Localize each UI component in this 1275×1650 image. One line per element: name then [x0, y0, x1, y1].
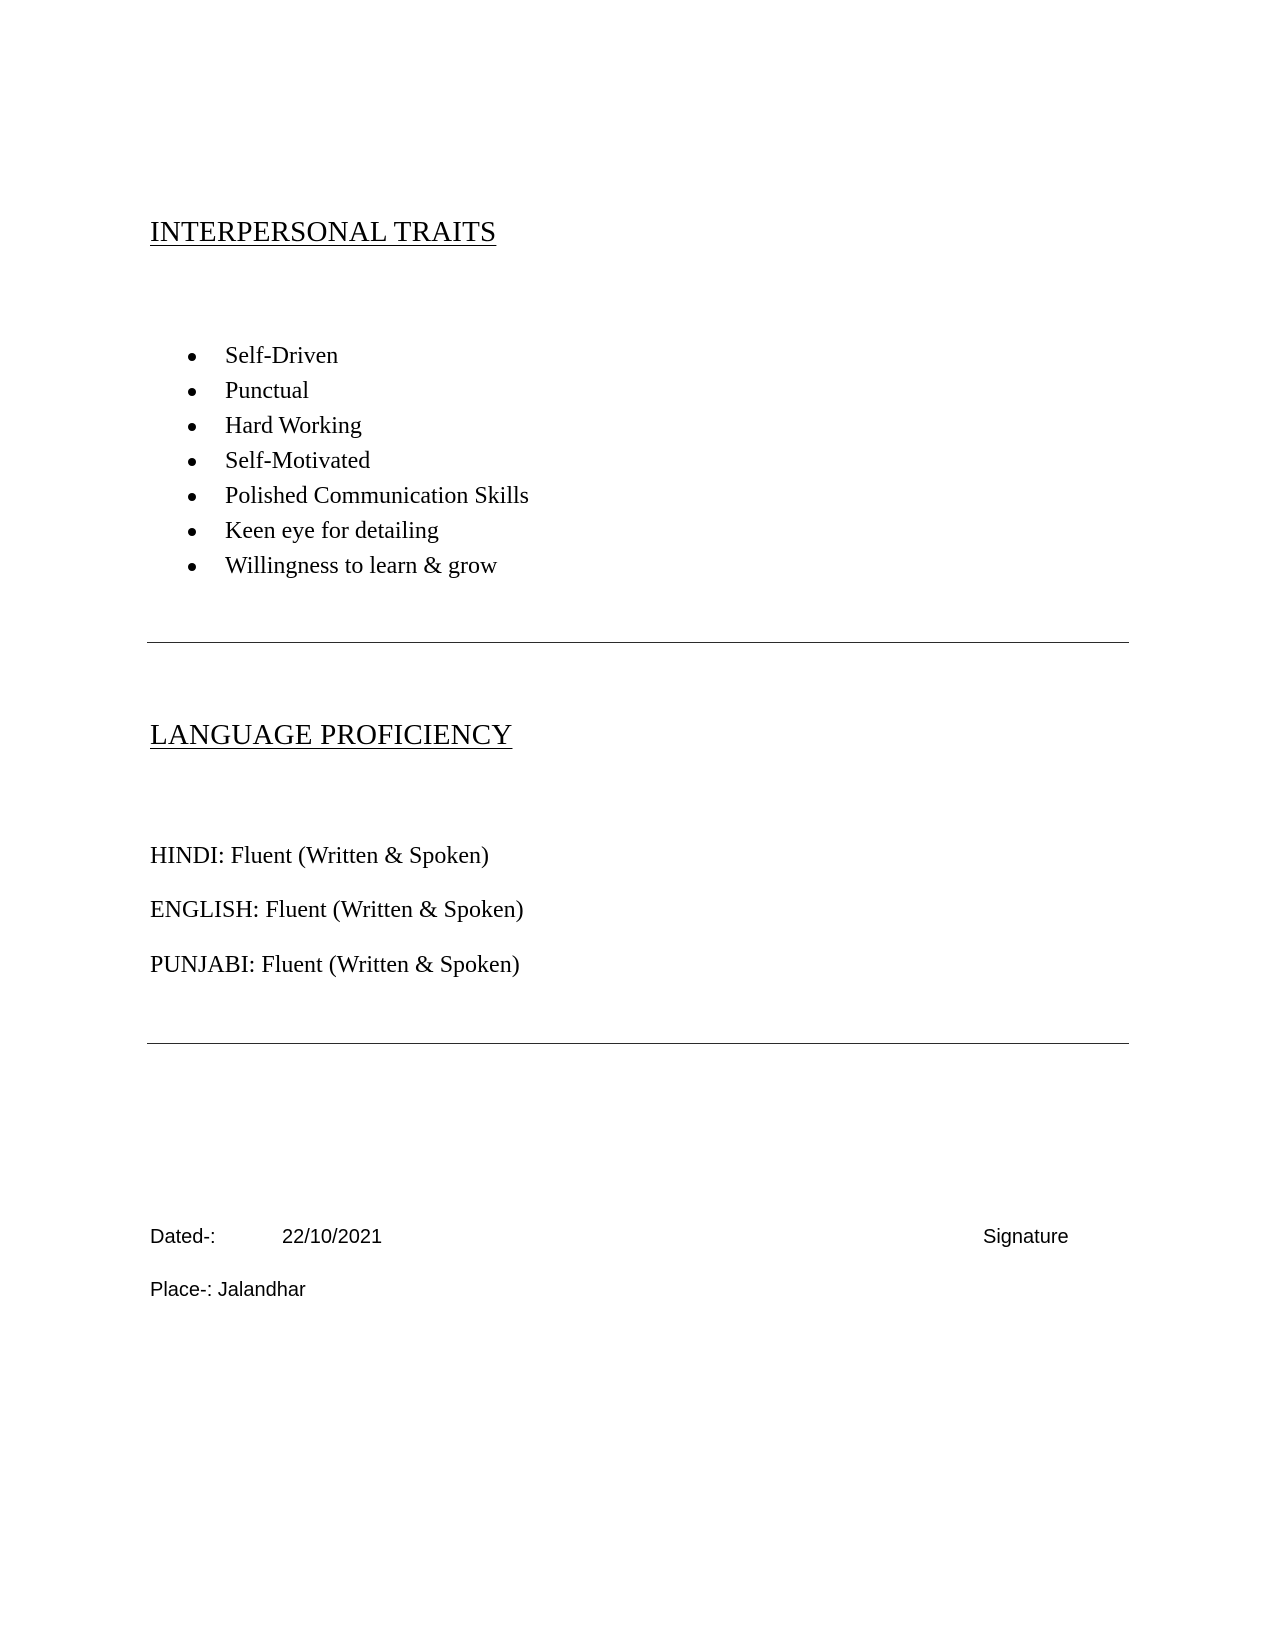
section-divider: [147, 642, 1129, 643]
trait-label: Willingness to learn & grow: [225, 553, 497, 579]
trait-label: Hard Working: [225, 413, 362, 439]
list-item: Keen eye for detailing: [188, 514, 529, 549]
bullet-icon: [188, 388, 196, 396]
bullet-icon: [188, 528, 196, 536]
bullet-icon: [188, 493, 196, 501]
language-hindi: HINDI: Fluent (Written & Spoken): [150, 843, 489, 870]
list-item: Willingness to learn & grow: [188, 549, 529, 584]
list-item: Punctual: [188, 374, 529, 409]
trait-label: Polished Communication Skills: [225, 483, 529, 509]
language-english: ENGLISH: Fluent (Written & Spoken): [150, 897, 524, 924]
language-punjabi: PUNJABI: Fluent (Written & Spoken): [150, 952, 520, 979]
list-item: Self-Motivated: [188, 444, 529, 479]
list-item: Self-Driven: [188, 339, 529, 374]
place-label: Place-: Jalandhar: [150, 1279, 306, 1302]
dated-label: Dated-:: [150, 1226, 216, 1249]
list-item: Polished Communication Skills: [188, 479, 529, 514]
trait-label: Keen eye for detailing: [225, 518, 439, 544]
traits-list: Self-Driven Punctual Hard Working Self-M…: [188, 339, 529, 584]
signature-label: Signature: [983, 1226, 1069, 1249]
list-item: Hard Working: [188, 409, 529, 444]
bullet-icon: [188, 563, 196, 571]
trait-label: Self-Driven: [225, 343, 338, 369]
interpersonal-traits-heading: INTERPERSONAL TRAITS: [150, 216, 496, 249]
resume-page: INTERPERSONAL TRAITS Self-Driven Punctua…: [0, 0, 1275, 1650]
trait-label: Self-Motivated: [225, 448, 370, 474]
section-divider: [147, 1043, 1129, 1044]
trait-label: Punctual: [225, 378, 309, 404]
bullet-icon: [188, 458, 196, 466]
dated-value: 22/10/2021: [282, 1226, 382, 1249]
language-proficiency-heading: LANGUAGE PROFICIENCY: [150, 719, 512, 752]
bullet-icon: [188, 423, 196, 431]
bullet-icon: [188, 353, 196, 361]
